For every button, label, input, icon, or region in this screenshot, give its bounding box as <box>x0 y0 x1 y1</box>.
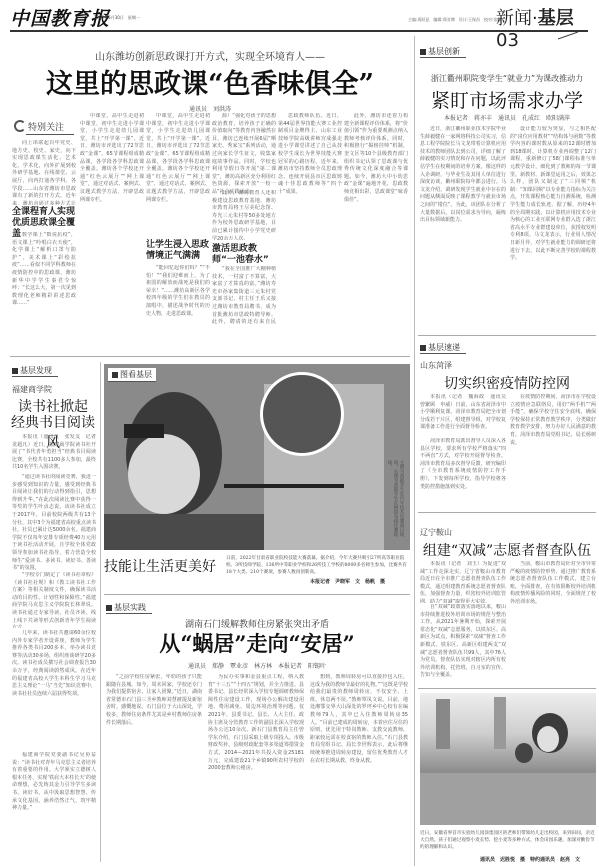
hunan-byline: 通讯员 郑静 覃业彦 林方林 本报记者 阳锡叶 <box>104 661 410 670</box>
heze-column-1: 菏泽市教育局派出督导人员深入各县区学校，要求所有学校严格落实“四不两直”方式，对… <box>420 438 506 508</box>
photo-vertical-caption: 主图为高职学生在汽车技术比赛项目现场。右图为高职学生在网络布线比赛现场。 <box>374 460 404 540</box>
photo-caption: 日前，2022年甘肃省职业院校技能大赛落幕。据介绍，今年大赛共吸引27所高等职业… <box>226 555 410 577</box>
tag-grassroots-discovery: 基层发现 <box>12 365 58 377</box>
inset-photo-network-cabling <box>260 372 344 456</box>
anshan-column-1: 自“双减”政策落实落地以来，鞍山市持续推进校外培训市场的规范与整治工作。从202… <box>420 604 506 684</box>
fujian-column-2: “学校专门制定了《读书社章程》《读书社社规》和《教工读书社工作方案》等相关制度文… <box>12 572 96 628</box>
lead-column-2: 中课堂，高中生走进初中课堂，初中生走进小学课堂，小学生走进幼儿园课堂，共上“开学… <box>80 113 144 288</box>
lead-kicker: 山东潍坊创新思政课打开方式，实现全环境育人—— <box>10 48 410 63</box>
issue-date: 2022年5月30日 星期一 <box>94 15 140 21</box>
masthead: 中国教育报 2022年5月30日 星期一 主编:禹跃昆 编辑:郑亚博 设计:王保… <box>10 4 590 30</box>
photo-illustration <box>420 693 596 825</box>
fujian-column-3: 几年来，读书社共邀请60余位校内外专家学者开设讲座，教师为学生推荐各类书目200… <box>12 630 96 750</box>
anshan-headline: 组建“双减”志愿者督查队伍 <box>418 540 596 560</box>
lead-column-3a: 中课堂，高中生走进初中课堂，初中生走进小学课堂，小学生走进幼儿园课堂，共上“开学… <box>146 113 210 238</box>
fujian-column-1: “通过读书社的阅读竞赛，我进一步感受到知识的力量，感受到经典书目阅读让我们的行动… <box>12 474 96 570</box>
masthead-slash-ornament <box>556 30 580 40</box>
lead-column-1: 向上串联起百年党史、地方史、校史、家史，向下实现思政课生活化、艺术化、学术化，向… <box>12 140 76 205</box>
lead-byline: 通讯员 刘洪涛 <box>10 104 410 113</box>
anshan-lead: 本报讯（记者 刘玉）为促进“双减”工作走深走实，辽宁省鞍山市教育局近日在全市推广… <box>420 561 506 603</box>
hunan-headline: 从“蜗居”走向“安居” <box>104 628 410 658</box>
lead-subhead-2: 让学生浸入思政情境正气满满 <box>146 240 210 262</box>
zhejiang-kicker: 浙江衢州职院变学生“就业力”为课改推动力 <box>418 73 596 84</box>
special-focus-label: 特别关注 <box>28 123 64 133</box>
lead-column-4b: 此外，潍坊教育人还积极建设思政教育基地，潍坊市教育局将王尽美纪念馆、寿光三元朱村… <box>212 190 276 240</box>
masthead-rule <box>10 30 588 32</box>
main-photo-auto-technician <box>104 364 410 550</box>
tag-grassroots-express: 基层速递 <box>420 342 466 354</box>
lead-column-4c: “我在全国推广大棚种植技术，一村富了不算富，大家富了才算真的富。”潍坊寿光市孙家… <box>212 266 276 326</box>
heze-location: 山东菏泽 <box>420 360 452 371</box>
tag-grassroots-innovation: 基层创新 <box>420 46 466 58</box>
special-focus-badge: 特别关注 <box>14 120 64 133</box>
page-number: 03 <box>496 30 519 51</box>
bottom-photo-caption: 近日，安徽省界首市实验幼儿园涂墨园区的老师们带领幼儿走出校园，来到田间，亲近大自… <box>420 830 596 852</box>
hunan-column-1: “之前学校住房紧张，年幼的孩子只能跟随在县城。如今，周末回家，学校还专门为我们提… <box>106 674 202 860</box>
fujian-column-4: 福建商学院党委副书记吴协益说：“读书社对青年马克思主义者培养有着重要的作用。大学… <box>12 752 96 847</box>
editors-credit: 主编:禹跃昆 编辑:郑亚博 设计:王保昌 校对:张静 <box>408 17 501 23</box>
anshan-column-2: 当前，鞍山市教育局针对全市异常严峻的疫情防控形势，通过推广教育系统志愿者督查队伍… <box>510 561 596 684</box>
swirl-icon <box>14 120 26 132</box>
section-prefix: 新闻· <box>496 8 538 29</box>
heze-column-2: 在疫情防控期间，菏泽市在学校设立疫情应急联络员，用好“两手机”“两手能”，确保学… <box>510 394 596 508</box>
zhejiang-column-1: 近日，浙江衢州职业技术学院毕业生薛毅健在一家网络科技公司实习，信息工程学院院长马… <box>420 126 506 332</box>
hunan-column-3: 想到，教师周转房可以直接拎包入住，这成为我的教师节最好的礼物。”“这既是学校给我… <box>310 674 408 860</box>
fujian-location: 福建商学院 <box>12 384 52 395</box>
tag-photo-grassroots: 图看基层 <box>108 368 156 382</box>
fujian-lead: 本报讯（通讯员 张发友 记者 龙超凡）近日，福建商学院读书社开展了“书代青年勇担… <box>12 434 96 472</box>
zhejiang-column-2: 设计能力较为突显，与之相匹配的“岗位应用教材”“结构体与函数”等教学内容的课时数… <box>510 126 596 332</box>
kindergarten-wheat-field-photo <box>420 693 596 825</box>
zhejiang-byline: 本报记者 蒋亦丰 通讯员 孔成红 欧阳满萍 <box>418 113 596 122</box>
lead-column-5: 思政教师队伍。近日，第44届世界技能大赛工业控制项目金牌得主、山东工业技师学院高… <box>278 113 342 328</box>
lead-subhead-3: 激活思政教师“一池春水” <box>212 244 276 266</box>
lead-column-6: 此外，潍坊市还着力构建全新课程评价体系，将“价值引领”作为重要观测点纳入教师考核… <box>344 113 408 328</box>
heze-bottom-rule <box>418 512 596 513</box>
hunan-column-2: 为民办实事和金县重点工程，纳入教育“十三五”“十四五”规划，并全力推进。县委书记… <box>208 674 304 860</box>
anshan-bottom-rule <box>418 688 596 689</box>
lead-bottom-rule <box>10 356 410 357</box>
lead-headline: 这里的思政课“色香味俱全” <box>10 62 410 101</box>
photo-title: 技能让生活更美好 <box>104 556 224 576</box>
column-divider-left <box>100 362 101 862</box>
bottom-photo-credit: 通讯员 迟胜悦 摄 特约通讯员 赵亮 文 <box>480 856 580 863</box>
anshan-location: 辽宁鞍山 <box>420 527 452 538</box>
heze-headline: 切实织密疫情防控网 <box>418 373 596 393</box>
section-name: 基层 <box>538 8 574 29</box>
photo-credit: 本报记者 尹晓军 文 杨帆 摄 <box>310 578 385 585</box>
tag-grassroots-practice: 基层实践 <box>106 602 152 614</box>
zhejiang-bottom-rule <box>418 335 596 336</box>
special-focus-underline <box>26 134 74 135</box>
section-title: 新闻·基层03 <box>496 4 590 51</box>
photo-bottom-rule <box>104 594 410 595</box>
heze-lead: 本报讯（记者 魏海政 通讯员 曾繁顾 申威）日前，山东省菏泽市中小学顺利复课。菏… <box>420 394 506 438</box>
zhejiang-headline: 紧盯市场需求办学 <box>418 86 596 113</box>
column-divider-right <box>414 36 415 866</box>
photo-illustration <box>104 364 410 550</box>
